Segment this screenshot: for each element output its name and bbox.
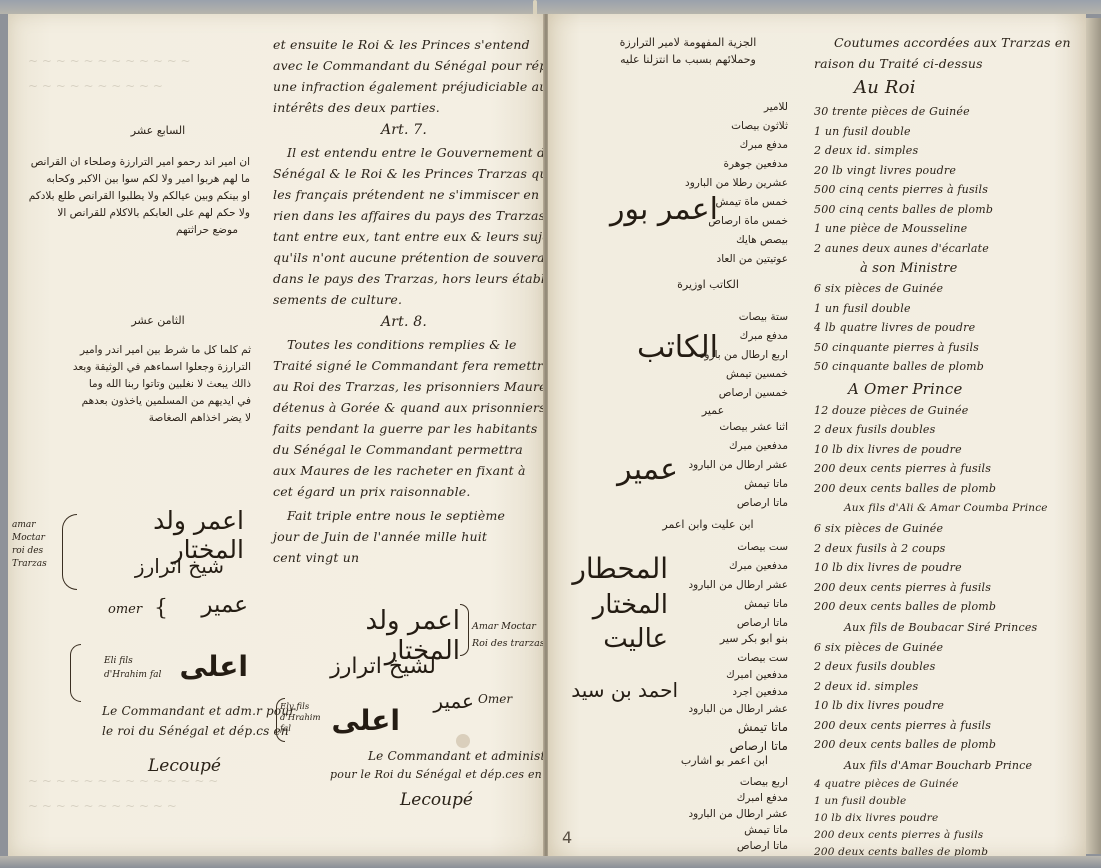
annotation-line: fal bbox=[280, 724, 321, 735]
text-line: les français prétendent ne s'immiscer en bbox=[273, 184, 535, 205]
list-item: مدفع مبرك bbox=[678, 136, 788, 155]
right-page: الجزية المفهومة لامير الترارزة وحملائهم … bbox=[548, 14, 1086, 856]
list-item: 2 deux id. simples bbox=[814, 677, 1084, 697]
list-item: ماتا تيمش bbox=[678, 718, 788, 737]
page-number: 4 bbox=[562, 828, 572, 847]
list-item: اثنا عشر بيصات bbox=[678, 418, 788, 437]
bleed-through-text: ~ ~ ~ ~ ~ ~ ~ ~ ~ ~ bbox=[28, 79, 163, 93]
text-line: raison du Traité ci-dessus bbox=[814, 53, 1084, 74]
text-line: dans le pays des Trarzas, hors leurs éta… bbox=[273, 268, 535, 289]
signature-omer: عمير bbox=[168, 592, 248, 618]
list-item: مدفعين اجرد bbox=[678, 684, 788, 701]
text-line: intérêts des deux parties. bbox=[273, 97, 535, 118]
annotation-line: Ely fils bbox=[280, 702, 321, 713]
arabic-line: في ايديهم من المسلمين ياخذون بعدهم bbox=[33, 393, 251, 410]
list-item: مدفع امبرك bbox=[678, 790, 788, 806]
text-line: cent vingt un bbox=[273, 547, 535, 568]
commandant-title: Le Commandant et adm.r pour bbox=[102, 704, 295, 718]
list-item: 1 un fusil double bbox=[814, 122, 1084, 142]
list-item: ثلاثون بيصات bbox=[678, 117, 788, 136]
recipient-name-arabic: عمير bbox=[588, 452, 678, 487]
list-item: 50 cinquante pierres à fusils bbox=[814, 338, 1084, 358]
arabic-item-list: ستة بيصات مدفع مبرك اربع ارطال من بارود … bbox=[678, 308, 788, 403]
list-item: 1 un fusil double bbox=[814, 793, 1084, 810]
text-line: au Roi des Trarzas, les prisonniers Maur… bbox=[273, 376, 535, 397]
list-item: 12 douze pièces de Guinée bbox=[814, 401, 1084, 421]
text-line: avec le Commandant du Sénégal pour répri… bbox=[273, 55, 535, 76]
text-line: une infraction également préjudiciable a… bbox=[273, 76, 535, 97]
group-header-arabic: ابن اعمر بو اشارب bbox=[658, 754, 768, 767]
commandant-title: le roi du Sénégal et dép.cs en bbox=[102, 724, 289, 738]
signature-cheikh-trarza: لشيخ اترارز bbox=[296, 654, 436, 679]
annotation-line: Trarzas bbox=[12, 558, 47, 571]
annotation-line: Roi des trarzas bbox=[472, 635, 545, 652]
section-heading: A Omer Prince bbox=[814, 377, 1084, 401]
annotation-omer: omer bbox=[108, 602, 142, 617]
arabic-item-list: اربع بيصات مدفع امبرك عشر ارطال من البار… bbox=[678, 774, 788, 854]
list-item: 200 deux cents pierres à fusils bbox=[814, 578, 1084, 598]
recipient-name-arabic: عاليت bbox=[558, 624, 668, 654]
section-heading: Aux fils d'Ali & Amar Coumba Prince bbox=[814, 498, 1084, 519]
signature-lecoupe: Lecoupé bbox=[400, 790, 473, 810]
list-item: ماتا تيمش bbox=[678, 475, 788, 494]
list-item: 10 lb dix livres de poudre bbox=[814, 558, 1084, 578]
ink-stain bbox=[456, 734, 470, 748]
text-line: Sénégal & le Roi & les Princes Trarzas q… bbox=[273, 163, 535, 184]
text-line: Fait triple entre nous le septième bbox=[273, 505, 535, 526]
list-item: 30 trente pièces de Guinée bbox=[814, 102, 1084, 122]
text-line: qu'ils n'ont aucune prétention de souver… bbox=[273, 247, 535, 268]
article-heading-arabic: الثامن عشر bbox=[68, 314, 248, 327]
list-item: مدفعين امبرك bbox=[678, 667, 788, 684]
list-item: بيصص هايك bbox=[678, 231, 788, 250]
group-header-arabic: بنو ابو بكر سير bbox=[658, 632, 788, 645]
signature-eli: اعلى bbox=[168, 650, 248, 683]
text-line: Toutes les conditions remplies & le bbox=[273, 334, 535, 355]
annotation-line: d'Hrahim fal bbox=[104, 668, 161, 682]
list-item: ماتا ارصاص bbox=[678, 614, 788, 633]
list-item: مدفعين مبرك bbox=[678, 437, 788, 456]
annotation-eli: Eli fils d'Hrahim fal bbox=[104, 654, 161, 682]
list-item: ماتا تيمش bbox=[678, 595, 788, 614]
text-line: Traité signé le Commandant fera remettre bbox=[273, 355, 535, 376]
list-item: 200 deux cents pierres à fusils bbox=[814, 459, 1084, 479]
signature-lecoupe: Lecoupé bbox=[148, 756, 221, 776]
list-item: 10 lb dix livres de poudre bbox=[814, 440, 1084, 460]
signature-cheikh-trarza: شيخ اترارز bbox=[94, 554, 224, 578]
group-header-arabic: الكاتب اوزيرة bbox=[648, 278, 768, 291]
text-line: du Sénégal le Commandant permettra bbox=[273, 439, 535, 460]
list-item: مدفع مبرك bbox=[678, 327, 788, 346]
list-item: ماتا ارصاص bbox=[678, 494, 788, 513]
section-heading: Aux fils de Boubacar Siré Princes bbox=[814, 617, 1084, 638]
arabic-line: الترارزة وجعلوا اسماءهم في الوثيقة وبعد bbox=[33, 359, 251, 376]
list-item: خمسين ارصاص bbox=[678, 384, 788, 403]
list-item: 200 deux cents balles de plomb bbox=[814, 479, 1084, 499]
annotation-line: Amar Moctar bbox=[472, 618, 545, 635]
brace bbox=[70, 644, 81, 702]
article-heading: Art. 8. bbox=[273, 310, 535, 334]
section-heading: Au Roi bbox=[814, 74, 1084, 102]
french-tribute-list: Coutumes accordées aux Trarzas en raison… bbox=[814, 32, 1084, 861]
text-line: cet égard un prix raisonnable. bbox=[273, 481, 535, 502]
article-heading-arabic: السابع عشر bbox=[68, 124, 248, 137]
brace: { bbox=[154, 596, 168, 621]
list-item: ستة بيصات bbox=[678, 308, 788, 327]
bleed-through-text: ~ ~ ~ ~ ~ ~ ~ ~ ~ ~ ~ ~ bbox=[28, 54, 191, 68]
title-line: وحملائهم بسبب ما انتزلنا عليه bbox=[608, 51, 768, 68]
page-stack-edge bbox=[1086, 18, 1101, 854]
text-line: rien dans les affaires du pays des Trarz… bbox=[273, 205, 535, 226]
left-page: ~ ~ ~ ~ ~ ~ ~ ~ ~ ~ ~ ~ ~ ~ ~ ~ ~ ~ ~ ~ … bbox=[8, 14, 544, 856]
list-item: خمس ماة تيمش bbox=[678, 193, 788, 212]
french-treaty-column: et ensuite le Roi & les Princes s'entend… bbox=[273, 34, 535, 568]
annotation-eli: Ely fils d'Hrahim fal bbox=[280, 702, 321, 735]
list-item: ماتا ارصاص bbox=[678, 838, 788, 854]
list-item: 2 deux id. simples bbox=[814, 141, 1084, 161]
list-item: 4 lb quatre livres de poudre bbox=[814, 318, 1084, 338]
scanner-frame-bottom bbox=[0, 856, 1101, 868]
list-item: 200 deux cents pierres à fusils bbox=[814, 827, 1084, 844]
arabic-article-17: ان امير اند رحمو امير الترارزة وصلحاء ان… bbox=[18, 154, 250, 239]
list-item: 6 six pièces de Guinée bbox=[814, 519, 1084, 539]
list-item: عوتيتين من العاد bbox=[678, 250, 788, 269]
arabic-item-list: ست بيصات مدفعين امبرك مدفعين اجرد عشر ار… bbox=[678, 650, 788, 756]
commandant-title: pour le Roi du Sénégal et dép.ces en bbox=[330, 768, 542, 781]
list-item: 500 cinq cents pierres à fusils bbox=[814, 180, 1084, 200]
text-line: aux Maures de les racheter en fixant à bbox=[273, 460, 535, 481]
list-item: 2 deux fusils doubles bbox=[814, 657, 1084, 677]
text-line: détenus à Gorée & quand aux prisonniers bbox=[273, 397, 535, 418]
list-item: اربع ارطال من بارود bbox=[678, 346, 788, 365]
list-item: ماتا تيمش bbox=[678, 822, 788, 838]
annotation-line: Eli fils bbox=[104, 654, 161, 668]
annotation-line: roi des bbox=[12, 545, 47, 558]
article-heading: Art. 7. bbox=[273, 118, 535, 142]
list-item: 200 deux cents pierres à fusils bbox=[814, 716, 1084, 736]
brace bbox=[276, 698, 285, 742]
list-item: 2 aunes deux aunes d'écarlate bbox=[814, 239, 1084, 259]
group-header-arabic: عمير bbox=[668, 404, 758, 417]
list-item: 1 une pièce de Mousseline bbox=[814, 219, 1084, 239]
list-item: عشر ارطال من البارود bbox=[678, 701, 788, 718]
arabic-line: ما لهم هربوا امير ولا لكم سوا بين الاكبر… bbox=[18, 171, 250, 188]
list-item: 6 six pièces de Guinée bbox=[814, 279, 1084, 299]
recipient-name-arabic: المختار bbox=[558, 590, 668, 620]
title-line: الجزية المفهومة لامير الترارزة bbox=[608, 34, 768, 51]
list-item: 200 deux cents balles de plomb bbox=[814, 597, 1084, 617]
text-line: et ensuite le Roi & les Princes s'entend bbox=[273, 34, 535, 55]
signature-annotation: amar Moctar roi des Trarzas bbox=[12, 519, 47, 571]
list-item: عشر ارطال من البارود bbox=[678, 576, 788, 595]
list-item: 4 quatre pièces de Guinée bbox=[814, 776, 1084, 793]
list-item: 10 lb dix livres poudre bbox=[814, 810, 1084, 827]
text-line: sements de culture. bbox=[273, 289, 535, 310]
arabic-line: ولا حكم لهم على العابكم بالاكلام للقرانص… bbox=[18, 205, 250, 222]
annotation-line: amar bbox=[12, 519, 47, 532]
arabic-item-list: اثنا عشر بيصات مدفعين مبرك عشر ارطال من … bbox=[678, 418, 788, 513]
arabic-line: ان امير اند رحمو امير الترارزة وصلحاء ان… bbox=[18, 154, 250, 171]
list-item: 200 deux cents balles de plomb bbox=[814, 735, 1084, 755]
list-item: خمس ماة ارصاص bbox=[678, 212, 788, 231]
annotation-line: Moctar bbox=[12, 532, 47, 545]
arabic-article-18: ثم كلما كل ما شرط بين امير اندر وامير ال… bbox=[33, 342, 251, 427]
list-item: خمسين تيمش bbox=[678, 365, 788, 384]
section-heading: à son Ministre bbox=[814, 258, 1084, 279]
text-line: tant entre eux, tant entre eux & leurs s… bbox=[273, 226, 535, 247]
signature-omer: عمير bbox=[404, 689, 474, 713]
signature-annotation: Amar Moctar Roi des trarzas bbox=[472, 618, 545, 652]
list-item: 10 lb dix livres poudre bbox=[814, 696, 1084, 716]
list-item: 20 lb vingt livres poudre bbox=[814, 161, 1084, 181]
arabic-item-list: ست بيصات مدفعين مبرك عشر ارطال من البارو… bbox=[678, 538, 788, 633]
recipient-name-arabic: احمد بن سيد bbox=[568, 678, 678, 702]
arabic-tribute-title: الجزية المفهومة لامير الترارزة وحملائهم … bbox=[608, 34, 768, 68]
arabic-item-list: للامير ثلاثون بيصات مدفع مبرك مدفعين جوه… bbox=[678, 98, 788, 269]
arabic-line: ثم كلما كل ما شرط بين امير اندر وامير bbox=[33, 342, 251, 359]
arabic-line: ذالك يبعث لا نغلبين وتاتوا ربنا الله وما bbox=[33, 376, 251, 393]
annotation-line: d'Hrahim bbox=[280, 713, 321, 724]
list-item: ست بيصات bbox=[678, 538, 788, 557]
list-item: للامير bbox=[678, 98, 788, 117]
list-item: عشر ارطال من البارود bbox=[678, 806, 788, 822]
signature-eli: اعلى bbox=[320, 704, 400, 737]
list-item: عشر ارطال من البارود bbox=[678, 456, 788, 475]
list-item: مدفعين مبرك bbox=[678, 557, 788, 576]
list-item: 500 cinq cents balles de plomb bbox=[814, 200, 1084, 220]
text-line: Coutumes accordées aux Trarzas en bbox=[814, 32, 1084, 53]
arabic-line: او بينكم وبين عيالكم ولا يطلبوا القرانص … bbox=[18, 188, 250, 205]
recipient-name-arabic: المحطار bbox=[548, 552, 668, 585]
list-item: 2 deux fusils doubles bbox=[814, 420, 1084, 440]
section-heading: Aux fils d'Amar Boucharb Prince bbox=[814, 755, 1084, 776]
arabic-line: لا يضر اخذاهم الصغاصة bbox=[33, 410, 251, 427]
text-line: jour de Juin de l'année mille huit bbox=[273, 526, 535, 547]
list-item: 1 un fusil double bbox=[814, 299, 1084, 319]
annotation-omer: Omer bbox=[478, 692, 512, 706]
list-item: اربع بيصات bbox=[678, 774, 788, 790]
scanner-frame-top bbox=[0, 0, 1101, 14]
group-header-arabic: ابن عليت وابن اعمر bbox=[648, 518, 768, 531]
list-item: مدفعين جوهرة bbox=[678, 155, 788, 174]
list-item: 6 six pièces de Guinée bbox=[814, 638, 1084, 658]
text-line: Il est entendu entre le Gouvernement du bbox=[273, 142, 535, 163]
commandant-title: Le Commandant et administ.r bbox=[368, 749, 555, 763]
brace bbox=[460, 604, 469, 656]
list-item: 50 cinquante balles de plomb bbox=[814, 357, 1084, 377]
bleed-through-text: ~ ~ ~ ~ ~ ~ ~ ~ ~ ~ ~ ~ ~ ~ bbox=[28, 774, 218, 788]
list-item: 2 deux fusils à 2 coups bbox=[814, 539, 1084, 559]
list-item: عشرين رطلا من البارود bbox=[678, 174, 788, 193]
bleed-through-text: ~ ~ ~ ~ ~ ~ ~ ~ ~ ~ ~ bbox=[28, 799, 177, 813]
list-item: ست بيصات bbox=[678, 650, 788, 667]
text-line: faits pendant la guerre par les habitant… bbox=[273, 418, 535, 439]
arabic-line: موضع حراثتهم bbox=[18, 222, 250, 239]
